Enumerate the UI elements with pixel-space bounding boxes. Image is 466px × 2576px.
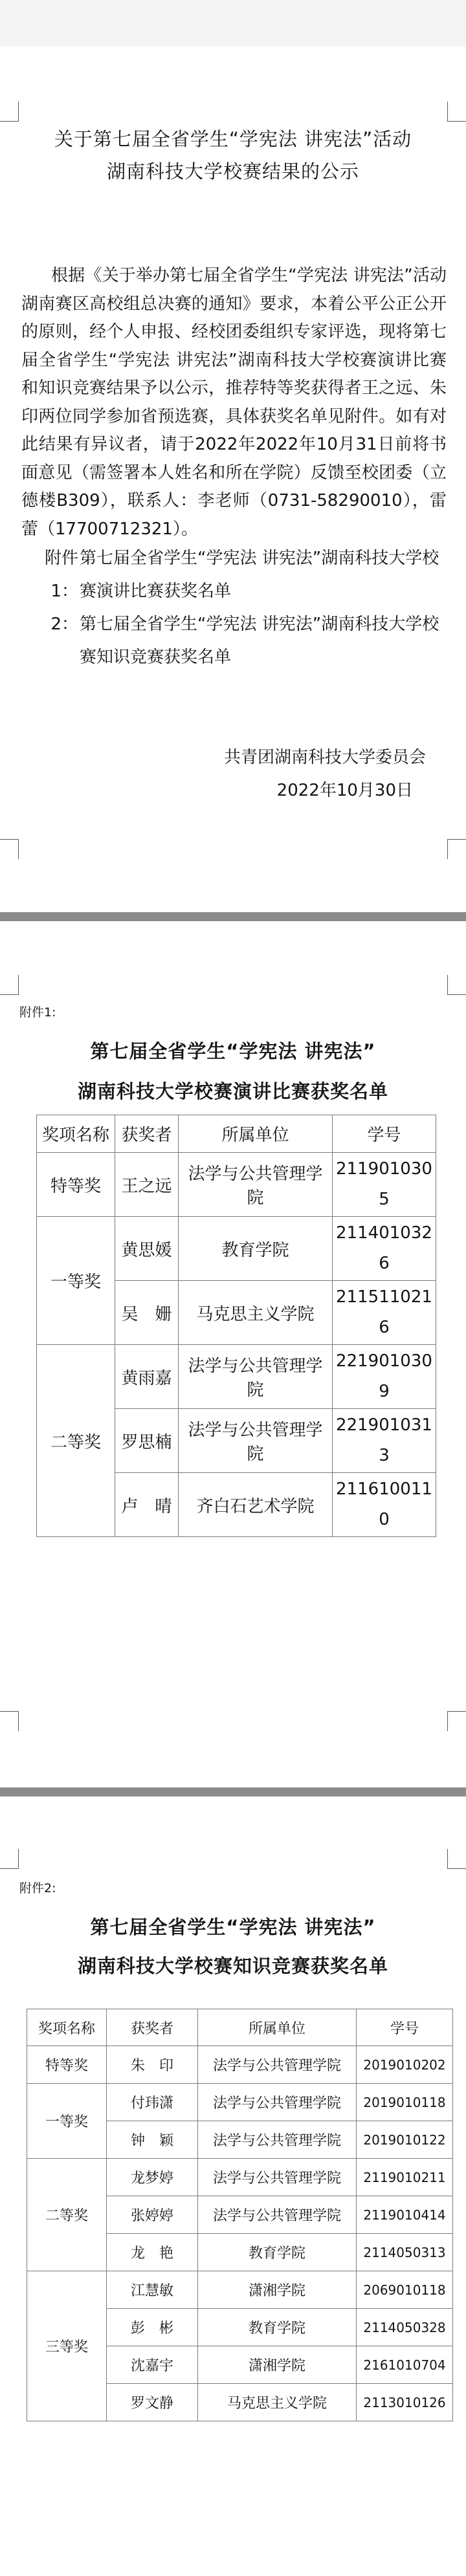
student-id-cell: 2119010414 [357, 2196, 453, 2234]
crop-mark [0, 1849, 19, 1869]
table-row: 特等奖王之远法学与公共管理学院2119010305 [37, 1153, 436, 1217]
winner-name-cell: 江慧敏 [107, 2271, 198, 2309]
unit-cell: 法学与公共管理学院 [198, 2121, 357, 2159]
winner-name-cell: 钟 颖 [107, 2121, 198, 2159]
table-row: 一等奖黄思媛教育学院2114010326 [37, 1217, 436, 1281]
student-id-cell: 2019010122 [357, 2121, 453, 2159]
crop-mark [447, 1849, 466, 1869]
header-row: 奖项名称获奖者所属单位学号 [27, 2009, 453, 2046]
student-id-cell: 2113010126 [357, 2384, 453, 2421]
crop-mark [0, 1711, 19, 1731]
winner-name-cell: 罗思楠 [115, 1409, 179, 1473]
student-id-cell: 2161010704 [357, 2346, 453, 2384]
unit-cell: 法学与公共管理学院 [179, 1153, 333, 1217]
student-id-cell: 2114010326 [333, 1217, 436, 1281]
page-divider [0, 1787, 466, 1796]
attachment-label: 2： [21, 608, 78, 641]
winner-name-cell: 黄思媛 [115, 1217, 179, 1281]
student-id-cell: 2019010118 [357, 2084, 453, 2121]
page-divider [0, 912, 466, 921]
crop-mark [0, 975, 19, 995]
award-rank-cell: 三等奖 [27, 2271, 107, 2421]
student-id-cell: 2116100110 [333, 1473, 436, 1537]
unit-cell: 法学与公共管理学院 [198, 2046, 357, 2084]
attachment1-label: 附件1: [19, 1003, 56, 1020]
unit-cell: 法学与公共管理学院 [198, 2159, 357, 2196]
crop-mark [447, 102, 466, 122]
unit-cell: 齐白石艺术学院 [179, 1473, 333, 1537]
page-title: 湖南科技大学校赛结果的公示 [0, 157, 466, 184]
attachment-list: 附件1： 第七届全省学生“学宪法 讲宪法”湖南科技大学校赛演讲比赛获奖名单 2：… [21, 542, 450, 674]
unit-cell: 法学与公共管理学院 [179, 1409, 333, 1473]
crop-mark [447, 1711, 466, 1731]
attachment-reference: 附件1： 第七届全省学生“学宪法 讲宪法”湖南科技大学校赛演讲比赛获奖名单 [21, 542, 450, 608]
student-id-cell: 2069010118 [357, 2271, 453, 2309]
winner-name-cell: 王之远 [115, 1153, 179, 1217]
unit-cell: 潇湘学院 [198, 2271, 357, 2309]
crop-mark [447, 839, 466, 859]
unit-cell: 马克思主义学院 [179, 1281, 333, 1345]
student-id-cell: 2119010305 [333, 1153, 436, 1217]
column-header: 所属单位 [179, 1115, 333, 1153]
award-rank-cell: 特等奖 [37, 1153, 115, 1217]
attachment2-page: 附件2: 第七届全省学生“学宪法 讲宪法” 湖南科技大学校赛知识竞赛获奖名单 奖… [0, 1796, 466, 2576]
column-header: 学号 [357, 2009, 453, 2046]
column-header: 奖项名称 [27, 2009, 107, 2046]
page-title: 关于第七届全省学生“学宪法 讲宪法”活动 [0, 125, 466, 151]
unit-cell: 法学与公共管理学院 [198, 2196, 357, 2234]
column-header: 学号 [333, 1115, 436, 1153]
unit-cell: 马克思主义学院 [198, 2384, 357, 2421]
attachment1-page: 附件1: 第七届全省学生“学宪法 讲宪法” 湖南科技大学校赛演讲比赛获奖名单 奖… [0, 921, 466, 1787]
crop-mark [447, 975, 466, 995]
top-gray-band [0, 0, 466, 47]
table-row: 特等奖朱 印法学与公共管理学院2019010202 [27, 2046, 453, 2084]
unit-cell: 教育学院 [179, 1217, 333, 1281]
column-header: 获奖者 [115, 1115, 179, 1153]
attachment-reference: 2： 第七届全省学生“学宪法 讲宪法”湖南科技大学校赛知识竞赛获奖名单 [21, 608, 450, 674]
unit-cell: 潇湘学院 [198, 2346, 357, 2384]
table-row: 三等奖江慧敏潇湘学院2069010118 [27, 2271, 453, 2309]
winner-name-cell: 罗文静 [107, 2384, 198, 2421]
attachment2-title: 第七届全省学生“学宪法 讲宪法” [0, 1913, 466, 1939]
table-row: 二等奖龙梦婷法学与公共管理学院2119010211 [27, 2159, 453, 2196]
winner-name-cell: 卢 晴 [115, 1473, 179, 1537]
column-header: 奖项名称 [37, 1115, 115, 1153]
column-header: 获奖者 [107, 2009, 198, 2046]
unit-cell: 教育学院 [198, 2234, 357, 2271]
winner-name-cell: 吴 姗 [115, 1281, 179, 1345]
unit-cell: 法学与公共管理学院 [198, 2084, 357, 2121]
award-rank-cell: 二等奖 [37, 1345, 115, 1537]
speech-awards-table: 奖项名称获奖者所属单位学号特等奖王之远法学与公共管理学院2119010305一等… [36, 1115, 436, 1537]
winner-name-cell: 龙 艳 [107, 2234, 198, 2271]
document-viewer: 关于第七届全省学生“学宪法 讲宪法”活动 湖南科技大学校赛结果的公示 根据《关于… [0, 0, 466, 2576]
issue-date: 2022年10月30日 [277, 777, 413, 801]
notice-body: 根据《关于举办第七届全省学生“学宪法 讲宪法”活动湖南赛区高校组总决赛的通知》要… [21, 262, 447, 543]
knowledge-awards-table: 奖项名称获奖者所属单位学号特等奖朱 印法学与公共管理学院2019010202一等… [27, 2009, 453, 2421]
student-id-cell: 2114050328 [357, 2309, 453, 2346]
header-row: 奖项名称获奖者所属单位学号 [37, 1115, 436, 1153]
attachment1-title: 湖南科技大学校赛演讲比赛获奖名单 [0, 1077, 466, 1104]
winner-name-cell: 沈嘉宇 [107, 2346, 198, 2384]
attachment-title: 第七届全省学生“学宪法 讲宪法”湖南科技大学校赛知识竞赛获奖名单 [80, 615, 439, 667]
winner-name-cell: 朱 印 [107, 2046, 198, 2084]
crop-mark [0, 839, 19, 859]
table-row: 二等奖黄雨嘉法学与公共管理学院2219010309 [37, 1345, 436, 1409]
student-id-cell: 2219010313 [333, 1409, 436, 1473]
winner-name-cell: 黄雨嘉 [115, 1345, 179, 1409]
student-id-cell: 2119010211 [357, 2159, 453, 2196]
student-id-cell: 2019010202 [357, 2046, 453, 2084]
winner-name-cell: 龙梦婷 [107, 2159, 198, 2196]
winner-name-cell: 彭 彬 [107, 2309, 198, 2346]
award-rank-cell: 一等奖 [37, 1217, 115, 1345]
winner-name-cell: 张婷婷 [107, 2196, 198, 2234]
issuer-signature: 共青团湖南科技大学委员会 [224, 744, 426, 768]
winner-name-cell: 付玮潇 [107, 2084, 198, 2121]
table-row: 一等奖付玮潇法学与公共管理学院2019010118 [27, 2084, 453, 2121]
award-rank-cell: 特等奖 [27, 2046, 107, 2084]
unit-cell: 教育学院 [198, 2309, 357, 2346]
attachment-title: 第七届全省学生“学宪法 讲宪法”湖南科技大学校赛演讲比赛获奖名单 [80, 549, 439, 601]
notice-page: 关于第七届全省学生“学宪法 讲宪法”活动 湖南科技大学校赛结果的公示 根据《关于… [0, 47, 466, 912]
unit-cell: 法学与公共管理学院 [179, 1345, 333, 1409]
attachment2-title: 湖南科技大学校赛知识竞赛获奖名单 [0, 1952, 466, 1978]
attachment2-label: 附件2: [19, 1879, 56, 1896]
award-rank-cell: 二等奖 [27, 2159, 107, 2271]
attachment1-title: 第七届全省学生“学宪法 讲宪法” [0, 1037, 466, 1064]
student-id-cell: 2115110216 [333, 1281, 436, 1345]
column-header: 所属单位 [198, 2009, 357, 2046]
student-id-cell: 2219010309 [333, 1345, 436, 1409]
attachment-label: 附件1： [21, 542, 78, 608]
award-rank-cell: 一等奖 [27, 2084, 107, 2159]
crop-mark [0, 102, 19, 122]
student-id-cell: 2114050313 [357, 2234, 453, 2271]
